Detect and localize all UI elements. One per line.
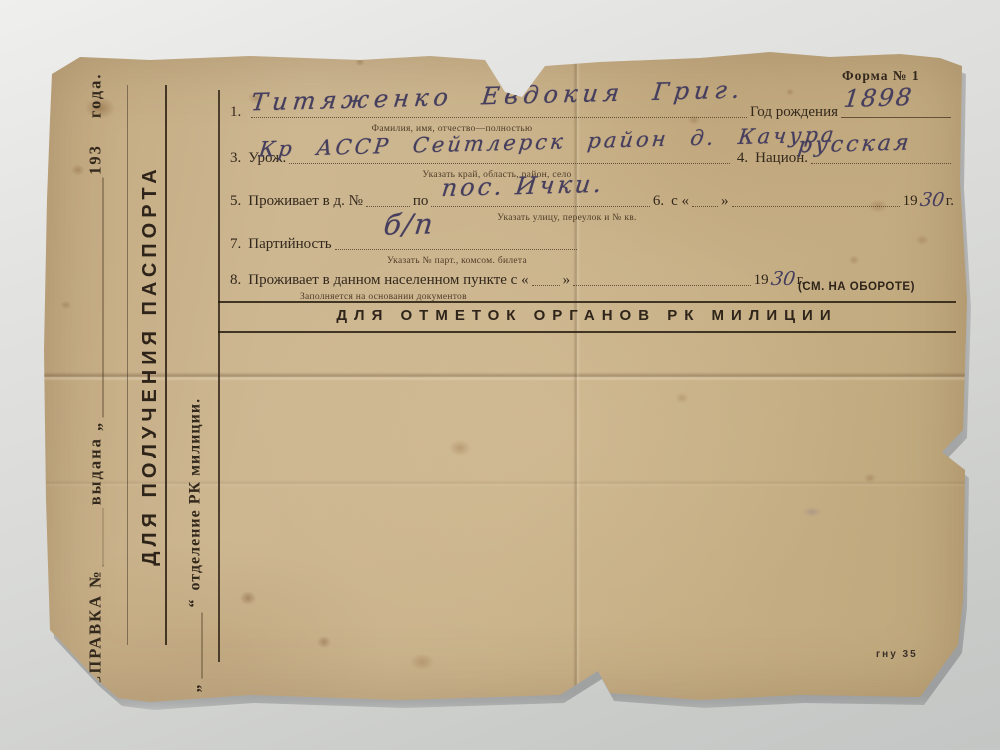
field-7-number: 7.: [230, 236, 241, 253]
certificate-label: СПРАВКА №: [86, 569, 106, 687]
street-fill-line: [431, 203, 649, 207]
handwritten-nationality: русская: [796, 131, 913, 159]
birth-year-label: Год рождения: [750, 104, 838, 121]
field-6-number: 6.: [653, 193, 664, 210]
field-5-sublabel: Указать улицу, переулок и № кв.: [402, 213, 732, 223]
handwritten-year-30: 30: [769, 269, 796, 290]
party-fill-line: [335, 246, 577, 250]
fill-line: [100, 178, 104, 418]
resides-since-label: Проживает в данном населенном пункте с «: [248, 272, 528, 289]
band-rule-top: [218, 301, 956, 303]
field-5-number: 5.: [230, 193, 241, 210]
fill-line: [199, 613, 203, 679]
since-label: с «: [671, 193, 689, 210]
birth-year-fill-line: [841, 114, 951, 118]
field-8-row: 8. Проживает в данном населенном пункте …: [230, 262, 805, 288]
photo-background: Форма № 1 СПРАВКА № выдана „ 193 года. Д…: [0, 0, 1000, 750]
issued-label: выдана „: [86, 421, 106, 506]
field-8-number: 8.: [230, 272, 241, 289]
field-1-number: 1.: [230, 104, 241, 121]
sidebar-title-text: ДЛЯ ПОЛУЧЕНИЯ ПАСПОРТА: [139, 164, 162, 565]
year-printed: 193: [86, 144, 106, 175]
year-19-printed: 19: [903, 193, 918, 210]
party-label: Партийность: [248, 236, 331, 253]
year-suffix: года.: [86, 73, 106, 119]
date-fill-line: [692, 203, 718, 207]
quote-close: »: [721, 193, 729, 210]
sidebar-title-for-passport: ДЛЯ ПОЛУЧЕНИЯ ПАСПОРТА: [127, 85, 167, 645]
see-reverse-note: (СМ. НА ОБОРОТЕ): [798, 281, 915, 293]
sidebar-certificate-line: СПРАВКА № выдана „ 193 года.: [82, 73, 106, 688]
militia-marks-band: ДЛЯ ОТМЕТОК ОРГАНОВ РК МИЛИЦИИ: [218, 307, 956, 324]
quote-close: “: [187, 599, 205, 608]
handwritten-settlement: пос. Ички.: [440, 170, 606, 202]
name-fill-line: [251, 114, 747, 118]
band-rule-bottom: [218, 331, 956, 333]
form-number: Форма № 1: [842, 68, 920, 84]
sidebar-department-line: „ “ отделение РК милиции.: [181, 350, 205, 695]
handwritten-party-status: б/п: [382, 207, 437, 241]
printing-house-mark: гну 35: [876, 649, 918, 660]
document-paper: Форма № 1 СПРАВКА № выдана „ 193 года. Д…: [42, 50, 970, 702]
resides-label: Проживает в д. №: [248, 193, 363, 210]
fill-line: [100, 508, 104, 566]
birthplace-fill-line: [289, 160, 730, 164]
department-label: отделение РК милиции.: [187, 398, 205, 591]
year-19-printed: 19: [754, 272, 769, 289]
house-no-fill-line: [366, 203, 410, 207]
field-3-number: 3.: [230, 150, 241, 167]
quote-close: »: [563, 272, 571, 289]
handwritten-year-30: 30: [918, 190, 945, 211]
since-fill-line: [573, 282, 751, 286]
sidebar-divider-rule: [218, 90, 220, 662]
po-label: по: [413, 193, 429, 210]
since-fill-line: [732, 203, 900, 207]
field-4-number: 4.: [737, 150, 748, 167]
date-fill-line: [532, 282, 560, 286]
quote-open: „: [187, 684, 205, 693]
handwritten-birth-year: 1898: [842, 83, 915, 113]
nationality-fill-line: [811, 160, 951, 164]
year-g-label: г.: [946, 193, 954, 210]
